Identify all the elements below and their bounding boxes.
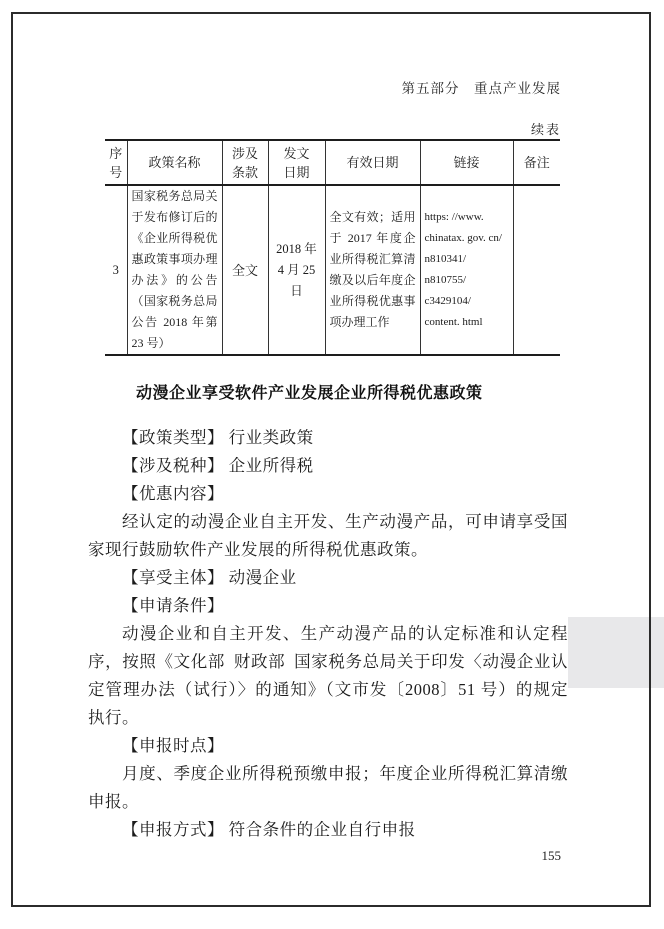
cell-issue-date: 2018 年 4 月 25 日: [268, 185, 325, 355]
policy-table-container: 序 号 政策名称 涉及 条款 发文 日期 有效日期 链接 备注 3 国家税务总局…: [105, 139, 560, 356]
cell-policy-name: 国家税务总局关于发布修订后的《企业所得税优惠政策事项办理办法》的公告（国家税务总…: [127, 185, 222, 355]
paragraph-tax-type: 【涉及税种】 企业所得税: [88, 452, 568, 480]
policy-table: 序 号 政策名称 涉及 条款 发文 日期 有效日期 链接 备注 3 国家税务总局…: [105, 139, 560, 356]
table-row: 3 国家税务总局关于发布修订后的《企业所得税优惠政策事项办理办法》的公告（国家税…: [105, 185, 560, 355]
cell-remark: [513, 185, 560, 355]
paragraph-beneficiary: 【享受主体】 动漫企业: [88, 564, 568, 592]
table-header-row: 序 号 政策名称 涉及 条款 发文 日期 有效日期 链接 备注: [105, 140, 560, 185]
column-header-remark: 备注: [513, 140, 560, 185]
paragraph-conditions-content: 动漫企业和自主开发、生产动漫产品的认定标准和认定程序，按照《文化部 财政部 国家…: [88, 620, 568, 732]
cell-seq: 3: [105, 185, 127, 355]
paragraph-filing-time-content: 月度、季度企业所得税预缴申报；年度企业所得税汇算清缴申报。: [88, 760, 568, 816]
cell-link: https: //www. chinatax. gov. cn/ n810341…: [420, 185, 513, 355]
running-head: 第五部分 重点产业发展: [402, 77, 562, 97]
column-header-policy-name: 政策名称: [127, 140, 222, 185]
continuation-label: 续表: [531, 119, 561, 138]
gray-overlay-box: [568, 617, 664, 688]
paragraph-filing-method: 【申报方式】 符合条件的企业自行申报: [88, 816, 568, 844]
page-number: 155: [542, 848, 562, 864]
paragraph-policy-type: 【政策类型】 行业类政策: [88, 424, 568, 452]
section-title: 动漫企业享受软件产业发展企业所得税优惠政策: [136, 380, 616, 403]
paragraph-benefit-label: 【优惠内容】: [88, 480, 568, 508]
column-header-issue-date: 发文 日期: [268, 140, 325, 185]
column-header-link: 链接: [420, 140, 513, 185]
column-header-effective-date: 有效日期: [325, 140, 420, 185]
cell-clauses: 全文: [222, 185, 268, 355]
section-body: 【政策类型】 行业类政策 【涉及税种】 企业所得税 【优惠内容】 经认定的动漫企…: [88, 424, 568, 844]
column-header-clauses: 涉及 条款: [222, 140, 268, 185]
column-header-seq: 序 号: [105, 140, 127, 185]
paragraph-benefit-content: 经认定的动漫企业自主开发、生产动漫产品，可申请享受国家现行鼓励软件产业发展的所得…: [88, 508, 568, 564]
cell-effective-date: 全文有效；适用于 2017 年度企业所得税汇算清缴及以后年度企业所得税优惠事项办…: [325, 185, 420, 355]
paragraph-conditions-label: 【申请条件】: [88, 592, 568, 620]
paragraph-filing-time-label: 【申报时点】: [88, 732, 568, 760]
